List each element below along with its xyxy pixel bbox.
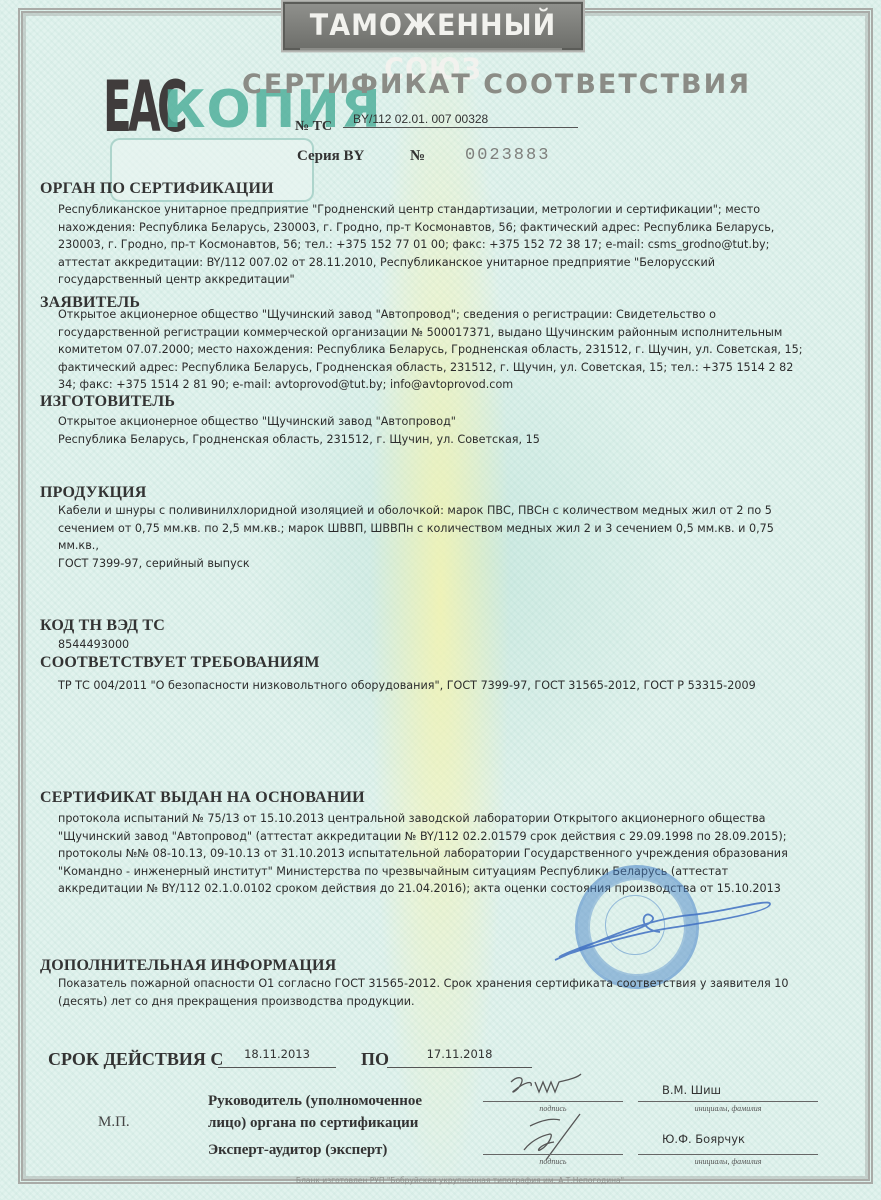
tn-ved-heading: КОД ТН ВЭД ТС: [40, 617, 165, 635]
text-line: государственный центр аккредитации": [58, 271, 824, 289]
text-line: сечением от 0,75 мм.кв. по 2,5 мм.кв.; м…: [58, 520, 824, 538]
text-line: "Щучинский завод "Автопровод" (аттестат …: [58, 828, 824, 846]
validity-to-label: ПО: [361, 1049, 389, 1070]
text-line: государственной регистрации коммерческой…: [58, 324, 824, 342]
text-line: 230003, г. Гродно, пр-т Космонавтов, 56;…: [58, 236, 824, 254]
certification-body-heading: ОРГАН ПО СЕРТИФИКАЦИИ: [40, 180, 274, 198]
complies-with-heading: СООТВЕТСТВУЕТ ТРЕБОВАНИЯМ: [40, 654, 320, 672]
certification-body-text: Республиканское унитарное предприятие "Г…: [58, 201, 824, 289]
printer-note: Бланк изготовлен РУП "Бобруйская укрупне…: [260, 1176, 660, 1185]
head-signature-icon: [505, 1072, 585, 1100]
text-line: Кабели и шнуры с поливинилхлоридной изол…: [58, 502, 824, 520]
product-text: Кабели и шнуры с поливинилхлоридной изол…: [58, 502, 824, 572]
head-role-line2: лицо) органа по сертификации: [208, 1115, 418, 1132]
validity-from-date: 18.11.2013: [218, 1047, 336, 1068]
product-heading: ПРОДУКЦИЯ: [40, 484, 147, 502]
text-line: ТР ТС 004/2011 "О безопасности низковоль…: [58, 677, 824, 695]
validity-from-label: СРОК ДЕЙСТВИЯ С: [48, 1049, 223, 1070]
issued-basis-heading: СЕРТИФИКАТ ВЫДАН НА ОСНОВАНИИ: [40, 789, 365, 807]
head-name-caption: инициалы, фамилия: [638, 1104, 818, 1113]
tn-ved-code: 8544493000: [58, 636, 824, 654]
expert-signature-caption: подпись: [483, 1157, 623, 1166]
text-line: нахождения: Республика Беларусь, 230003,…: [58, 219, 824, 237]
additional-info-heading: ДОПОЛНИТЕЛЬНАЯ ИНФОРМАЦИЯ: [40, 957, 336, 975]
seal-place-label: М.П.: [98, 1114, 130, 1131]
expert-role: Эксперт-аудитор (эксперт): [208, 1142, 387, 1159]
expert-name-line: [638, 1154, 818, 1155]
expert-name-caption: инициалы, фамилия: [638, 1157, 818, 1166]
text-line: Показатель пожарной опасности О1 согласн…: [58, 975, 824, 993]
expert-signature-line: [483, 1154, 623, 1155]
text-line: протоколы №№ 08-10.13, 09-10.13 от 31.10…: [58, 845, 824, 863]
text-line: 34; факс: +375 1514 2 81 90; e-mail: avt…: [58, 376, 824, 394]
text-line: ГОСТ 7399-97, серийный выпуск: [58, 555, 824, 573]
validity-to-date: 17.11.2018: [387, 1047, 532, 1068]
manufacturer-text: Открытое акционерное общество "Щучинский…: [58, 413, 824, 448]
manufacturer-heading: ИЗГОТОВИТЕЛЬ: [40, 393, 175, 411]
text-line: Открытое акционерное общество "Щучинский…: [58, 413, 824, 431]
tc-number-label: № ТС: [295, 119, 332, 135]
head-name: В.М. Шиш: [662, 1083, 721, 1097]
applicant-text: Открытое акционерное общество "Щучинский…: [58, 306, 824, 394]
stamp-signature-icon: [550, 890, 780, 970]
expert-name: Ю.Ф. Боярчук: [662, 1132, 745, 1146]
certificate-title: СЕРТИФИКАТ СООТВЕТСТВИЯ: [242, 70, 751, 100]
tc-number: BY/112 02.01. 007 00328: [343, 111, 578, 128]
series-number-label: №: [410, 148, 425, 165]
text-line: Открытое акционерное общество "Щучинский…: [58, 306, 824, 324]
customs-union-banner: ТАМОЖЕННЫЙ СОЮЗ: [283, 2, 583, 50]
text-line: протокола испытаний № 75/13 от 15.10.201…: [58, 810, 824, 828]
complies-with-text: ТР ТС 004/2011 "О безопасности низковоль…: [58, 677, 824, 695]
banner-divider: [300, 48, 562, 50]
series-number: 0023883: [465, 146, 550, 165]
text-line: Республика Беларусь, Гродненская область…: [58, 431, 824, 449]
head-name-line: [638, 1101, 818, 1102]
text-line: "Командно - инженерный институт" Министе…: [58, 863, 824, 881]
text-line: аттестат аккредитации: BY/112 007.02 от …: [58, 254, 824, 272]
head-signature-line: [483, 1101, 623, 1102]
text-line: мм.кв.,: [58, 537, 824, 555]
text-line: фактический адрес: Республика Беларусь, …: [58, 359, 824, 377]
series-label: Серия BY: [297, 148, 364, 165]
text-line: Республиканское унитарное предприятие "Г…: [58, 201, 824, 219]
additional-info-text: Показатель пожарной опасности О1 согласн…: [58, 975, 824, 1010]
text-line: комитетом 07.07.2000; место нахождения: …: [58, 341, 824, 359]
issued-basis-text: протокола испытаний № 75/13 от 15.10.201…: [58, 810, 824, 898]
text-line: (десять) лет со дня прекращения производ…: [58, 993, 824, 1011]
head-role-line1: Руководитель (уполномоченное: [208, 1093, 422, 1110]
